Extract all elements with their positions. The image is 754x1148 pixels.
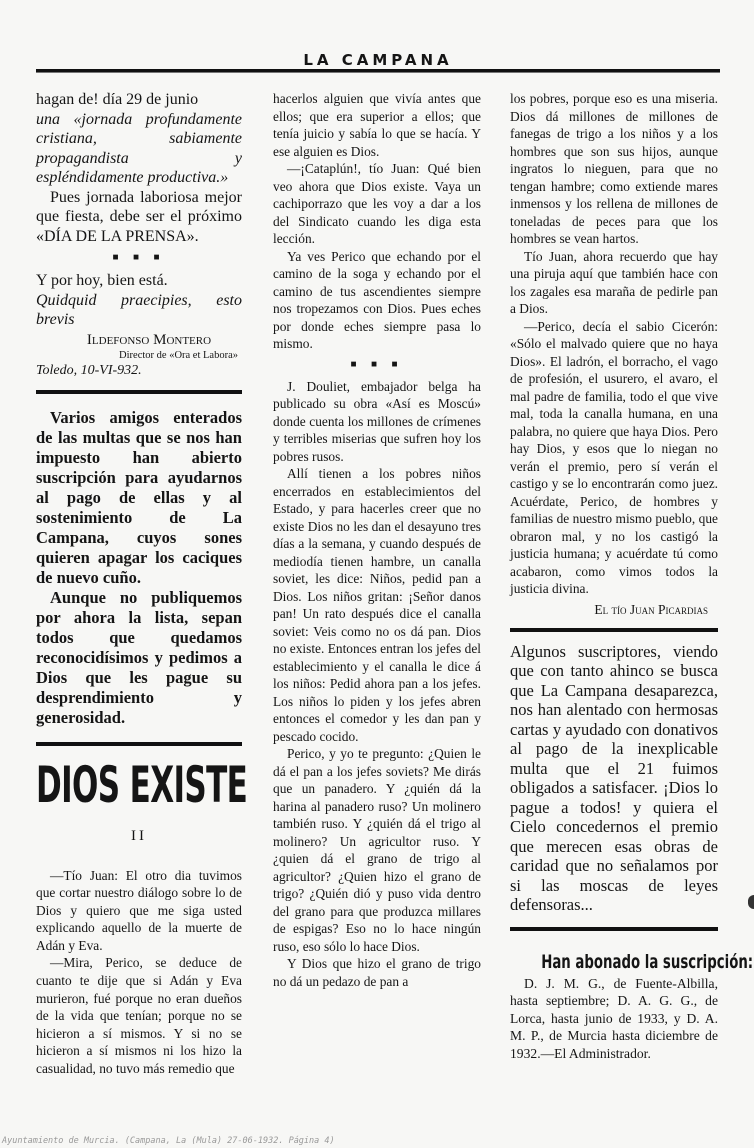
article-paragraph: J. Douliet, embajador belga ha publicado…	[273, 378, 481, 466]
article-paragraph: Allí tienen a los pobres niños encerrado…	[273, 465, 481, 745]
article-paragraph: Tío Juan, ahora recuerdo que hay una pir…	[510, 248, 718, 318]
article-paragraph: —Perico, decía el sabio Cicerón: «Sólo e…	[510, 318, 718, 598]
signature-title: Director de «Ora et Labora»	[36, 349, 242, 362]
column-3: los pobres, porque eso es una miseria. D…	[510, 90, 718, 1062]
article-paragraph: —¡Cataplún!, tío Juan: Qué bien veo ahor…	[273, 160, 481, 248]
source-footer: Ayuntamiento de Murcia. (Campana, La (Mu…	[2, 1136, 335, 1146]
section-divider	[510, 927, 718, 931]
article-paragraph: —Mira, Perico, se deduce de cuanto te di…	[36, 954, 242, 1077]
column-2: hacerlos alguien que vivía antes que ell…	[273, 90, 481, 990]
article-paragraph: —Tío Juan: El otro dia tuvimos que corta…	[36, 867, 242, 955]
subscription-heading: Han abonado la suscripción:	[541, 951, 687, 973]
signature-name: Ildefonso Montero	[36, 332, 242, 349]
article-headline: DIOS EXISTE	[36, 756, 241, 814]
latin-quote: Quidquid praecipies, esto brevis	[36, 291, 242, 330]
article-paragraph: Ya ves Perico que echando por el camino …	[273, 248, 481, 353]
subscription-list: D. J. M. G., de Fuente-Albilla, hasta se…	[510, 975, 718, 1063]
article-paragraph: hacerlos alguien que vivía antes que ell…	[273, 90, 481, 160]
section-divider	[36, 742, 242, 746]
masthead-rule	[36, 69, 720, 73]
scan-edge-mark	[748, 895, 754, 909]
closing-line: Y por hoy, bien está.	[36, 271, 242, 291]
column-1: hagan de! día 29 de junio una «jornada p…	[36, 90, 242, 1078]
article-part-number: II	[36, 828, 242, 845]
article-paragraph: los pobres, porque eso es una miseria. D…	[510, 90, 718, 248]
article-signature: El tío Juan Picardias	[510, 602, 718, 618]
notice-paragraph: Algunos suscriptores, viendo que con tan…	[510, 642, 718, 915]
section-divider	[510, 628, 718, 632]
paragraph-jornada: Pues jornada laboriosa mejor que fiesta,…	[36, 188, 242, 247]
section-divider	[36, 390, 242, 394]
masthead-title: LA CAMPANA	[36, 52, 720, 68]
intro-quote: una «jornada profundamente cristiana, sa…	[36, 110, 242, 188]
article-paragraph: Y Dios que hizo el grano de trigo no dá …	[273, 955, 481, 990]
notice-paragraph-1: Varios amigos enterados de las multas qu…	[36, 408, 242, 588]
separator-squares: ■ ■ ■	[273, 359, 481, 370]
separator-squares: ■ ■ ■	[36, 252, 242, 263]
intro-line: hagan de! día 29 de junio	[36, 90, 242, 110]
notice-paragraph-2: Aunque no publiquemos por ahora la lista…	[36, 588, 242, 728]
article-paragraph: Perico, y yo te pregunto: ¿Quien le dá e…	[273, 745, 481, 955]
signature-place-date: Toledo, 10-VI-932.	[36, 362, 242, 380]
